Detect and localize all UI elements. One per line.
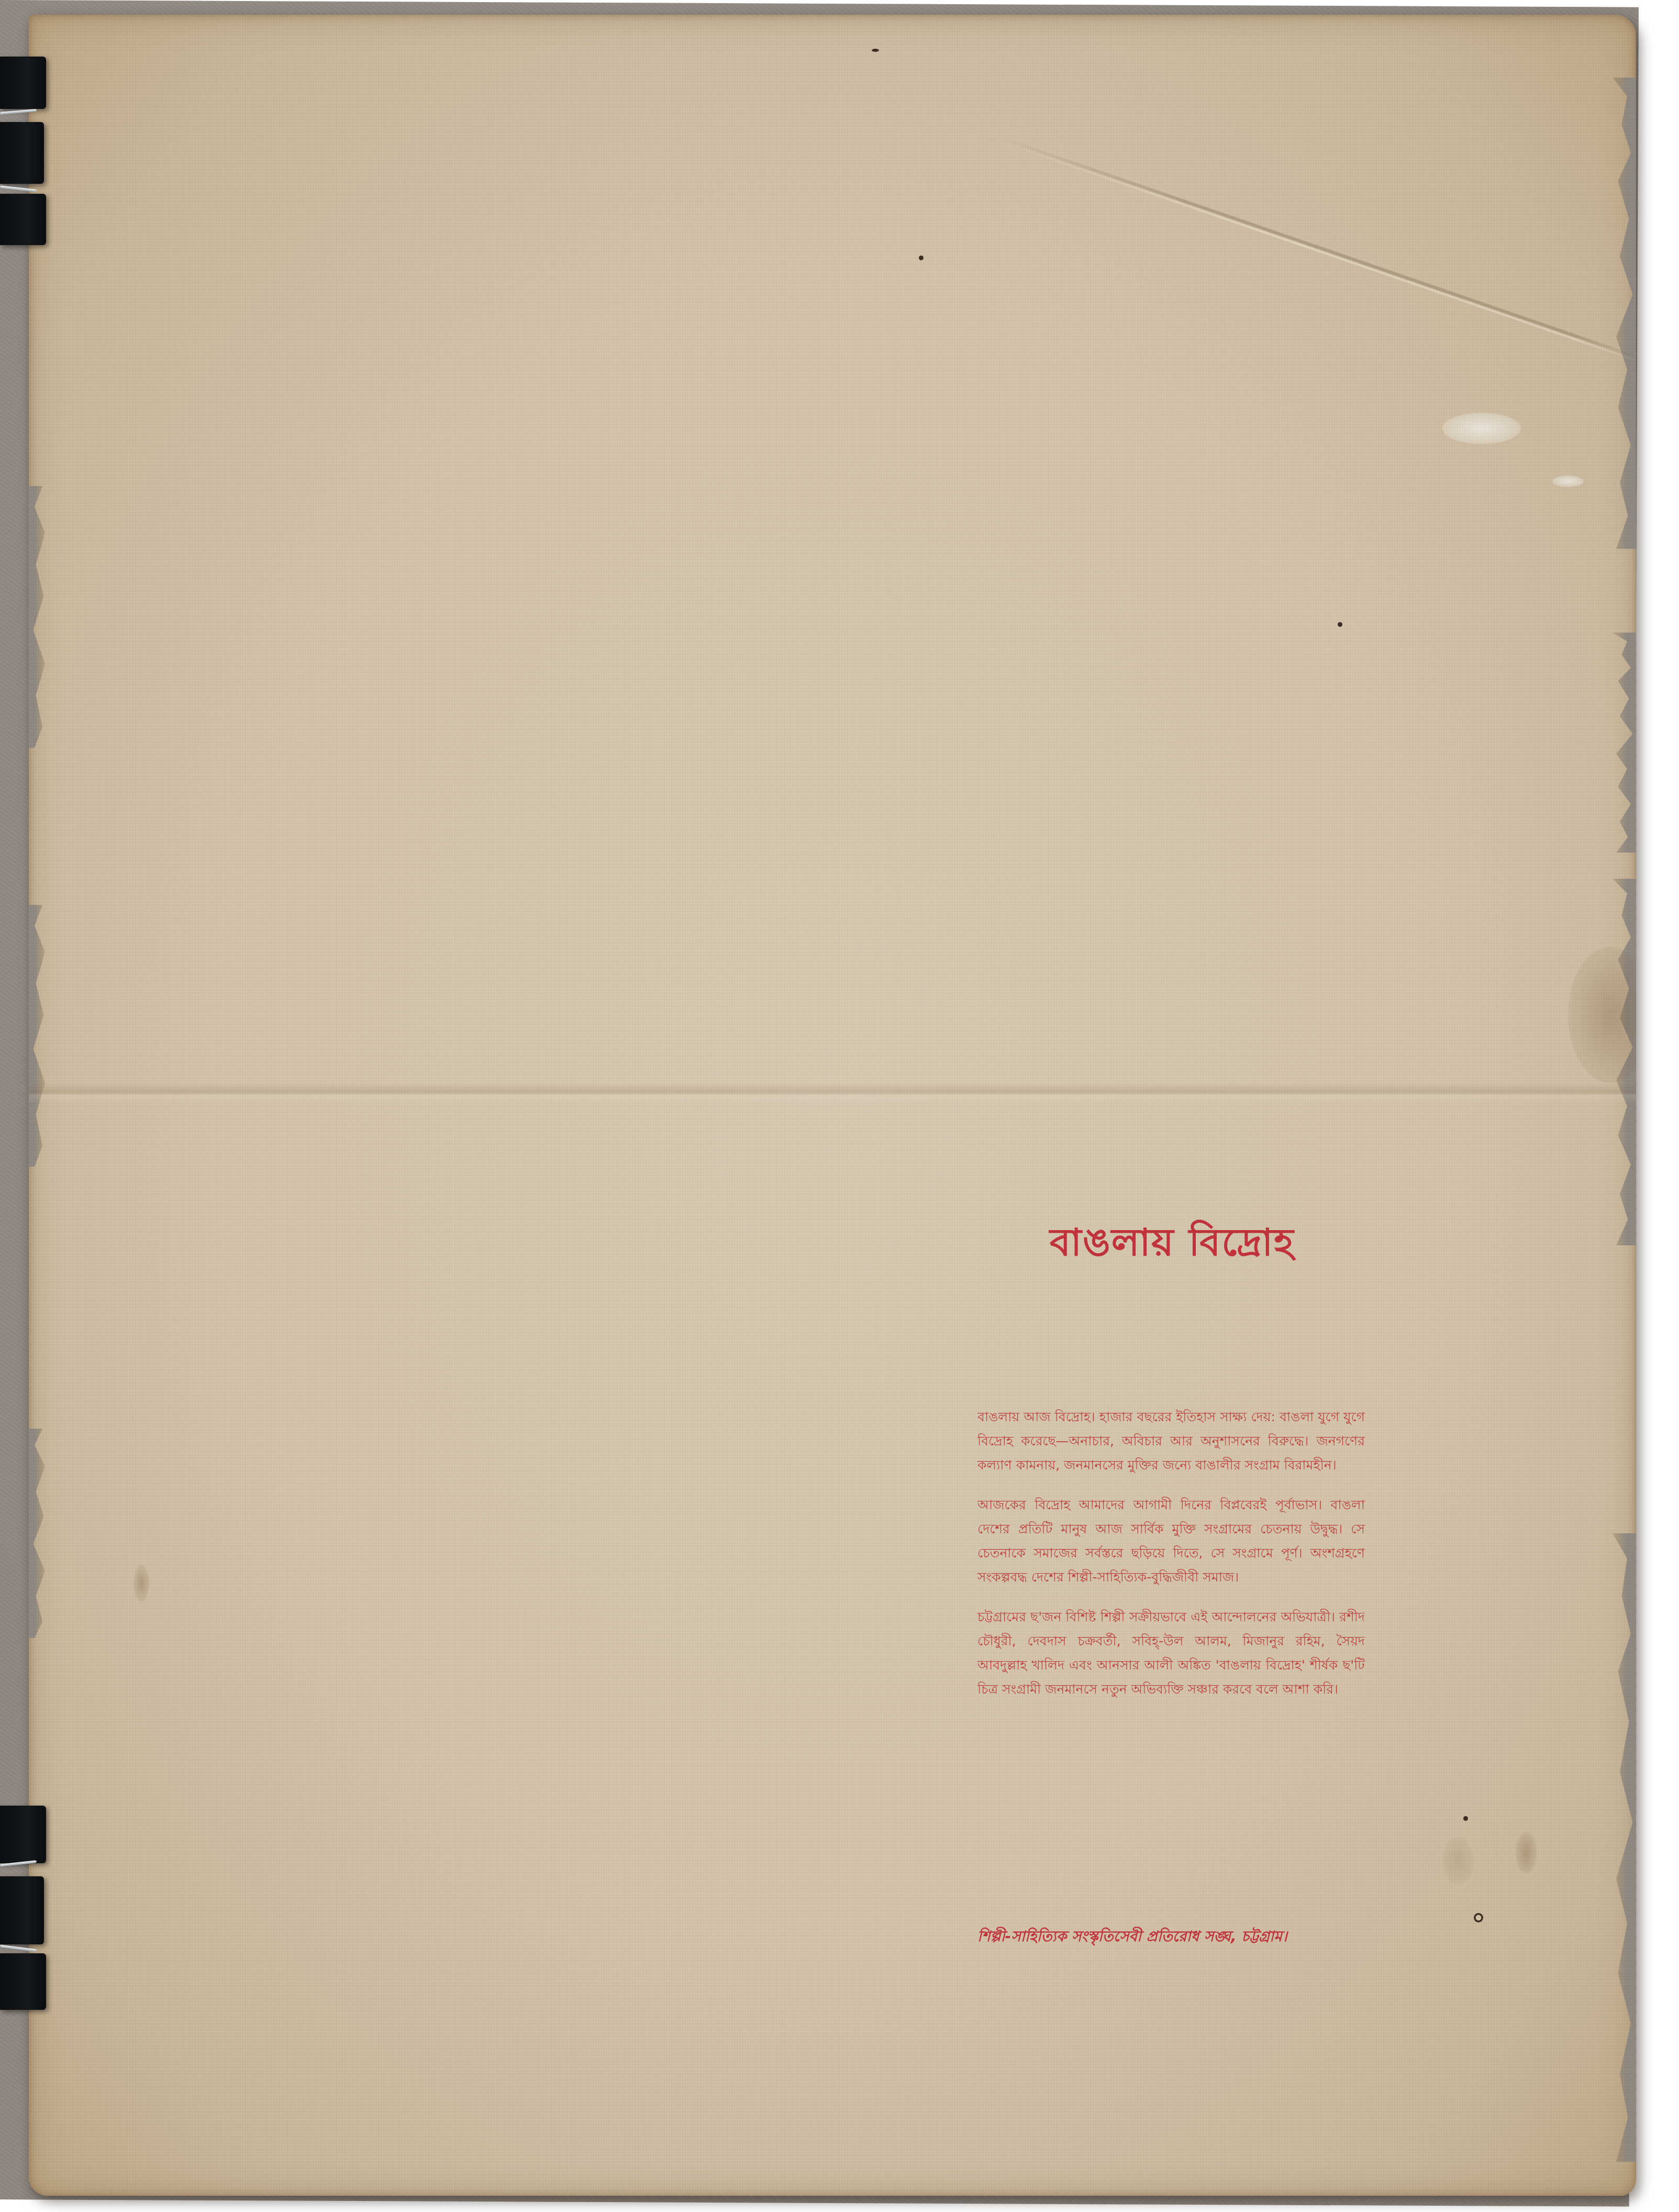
abrasion-mark [1552,475,1584,487]
paragraph-1: বাঙলায় আজ বিদ্রোহ। হাজার বছরের ইতিহাস স… [977,1405,1365,1477]
leaflet-title: বাঙলায় বিদ্রোহ [1050,1214,1295,1277]
ink-speck [919,256,924,260]
organization-signature: শিল্পী-সাহিত্যিক সংস্কৃতিসেবী প্রতিরোধ স… [977,1925,1287,1950]
torn-edge-left-fold [29,905,53,1167]
ink-ring [1474,1913,1483,1922]
diagonal-crease-highlight [997,139,1636,363]
paragraph-3: চট্টগ্রামের ছ'জন বিশিষ্ট শিল্পী সক্রীয়ভ… [977,1605,1365,1701]
clip-wire [0,109,37,115]
paper-sheet: বাঙলায় বিদ্রোহ বাঙলায় আজ বিদ্রোহ। হাজা… [29,15,1636,2196]
clip-wire [0,1945,37,1952]
stain-spot [1516,1832,1537,1874]
paragraph-2: আজকের বিদ্রোহ আমাদের আগামী দিনের বিপ্লবে… [977,1493,1365,1589]
clip-jaw [0,1806,46,1863]
leaflet-body: বাঙলায় আজ বিদ্রোহ। হাজার বছরের ইতিহাস স… [977,1405,1365,1717]
clip-jaw [0,194,46,245]
clip-jaw [0,1953,46,2010]
clip-wire [0,185,37,192]
torn-edge-left-upper [29,486,53,748]
torn-edge-right-middle [1602,633,1636,853]
torn-edge-right-lower [1602,1533,1636,2162]
ink-speck [872,49,879,52]
water-stain [1568,947,1636,1083]
ink-speck [1338,622,1342,627]
horizontal-fold [29,1083,1636,1104]
clip-jaw [0,57,46,109]
binder-clip-icon [0,57,47,276]
torn-edge-left-lower [29,1429,53,1638]
clip-jaw [0,122,44,184]
abrasion-mark [1442,413,1521,444]
clip-jaw [0,1876,44,1944]
stain-spot [134,1565,149,1601]
ink-speck [1463,1816,1468,1821]
binder-clip-icon [0,1806,47,2026]
torn-edge-right-upper [1602,78,1636,549]
stain-spot [1442,1837,1474,1884]
